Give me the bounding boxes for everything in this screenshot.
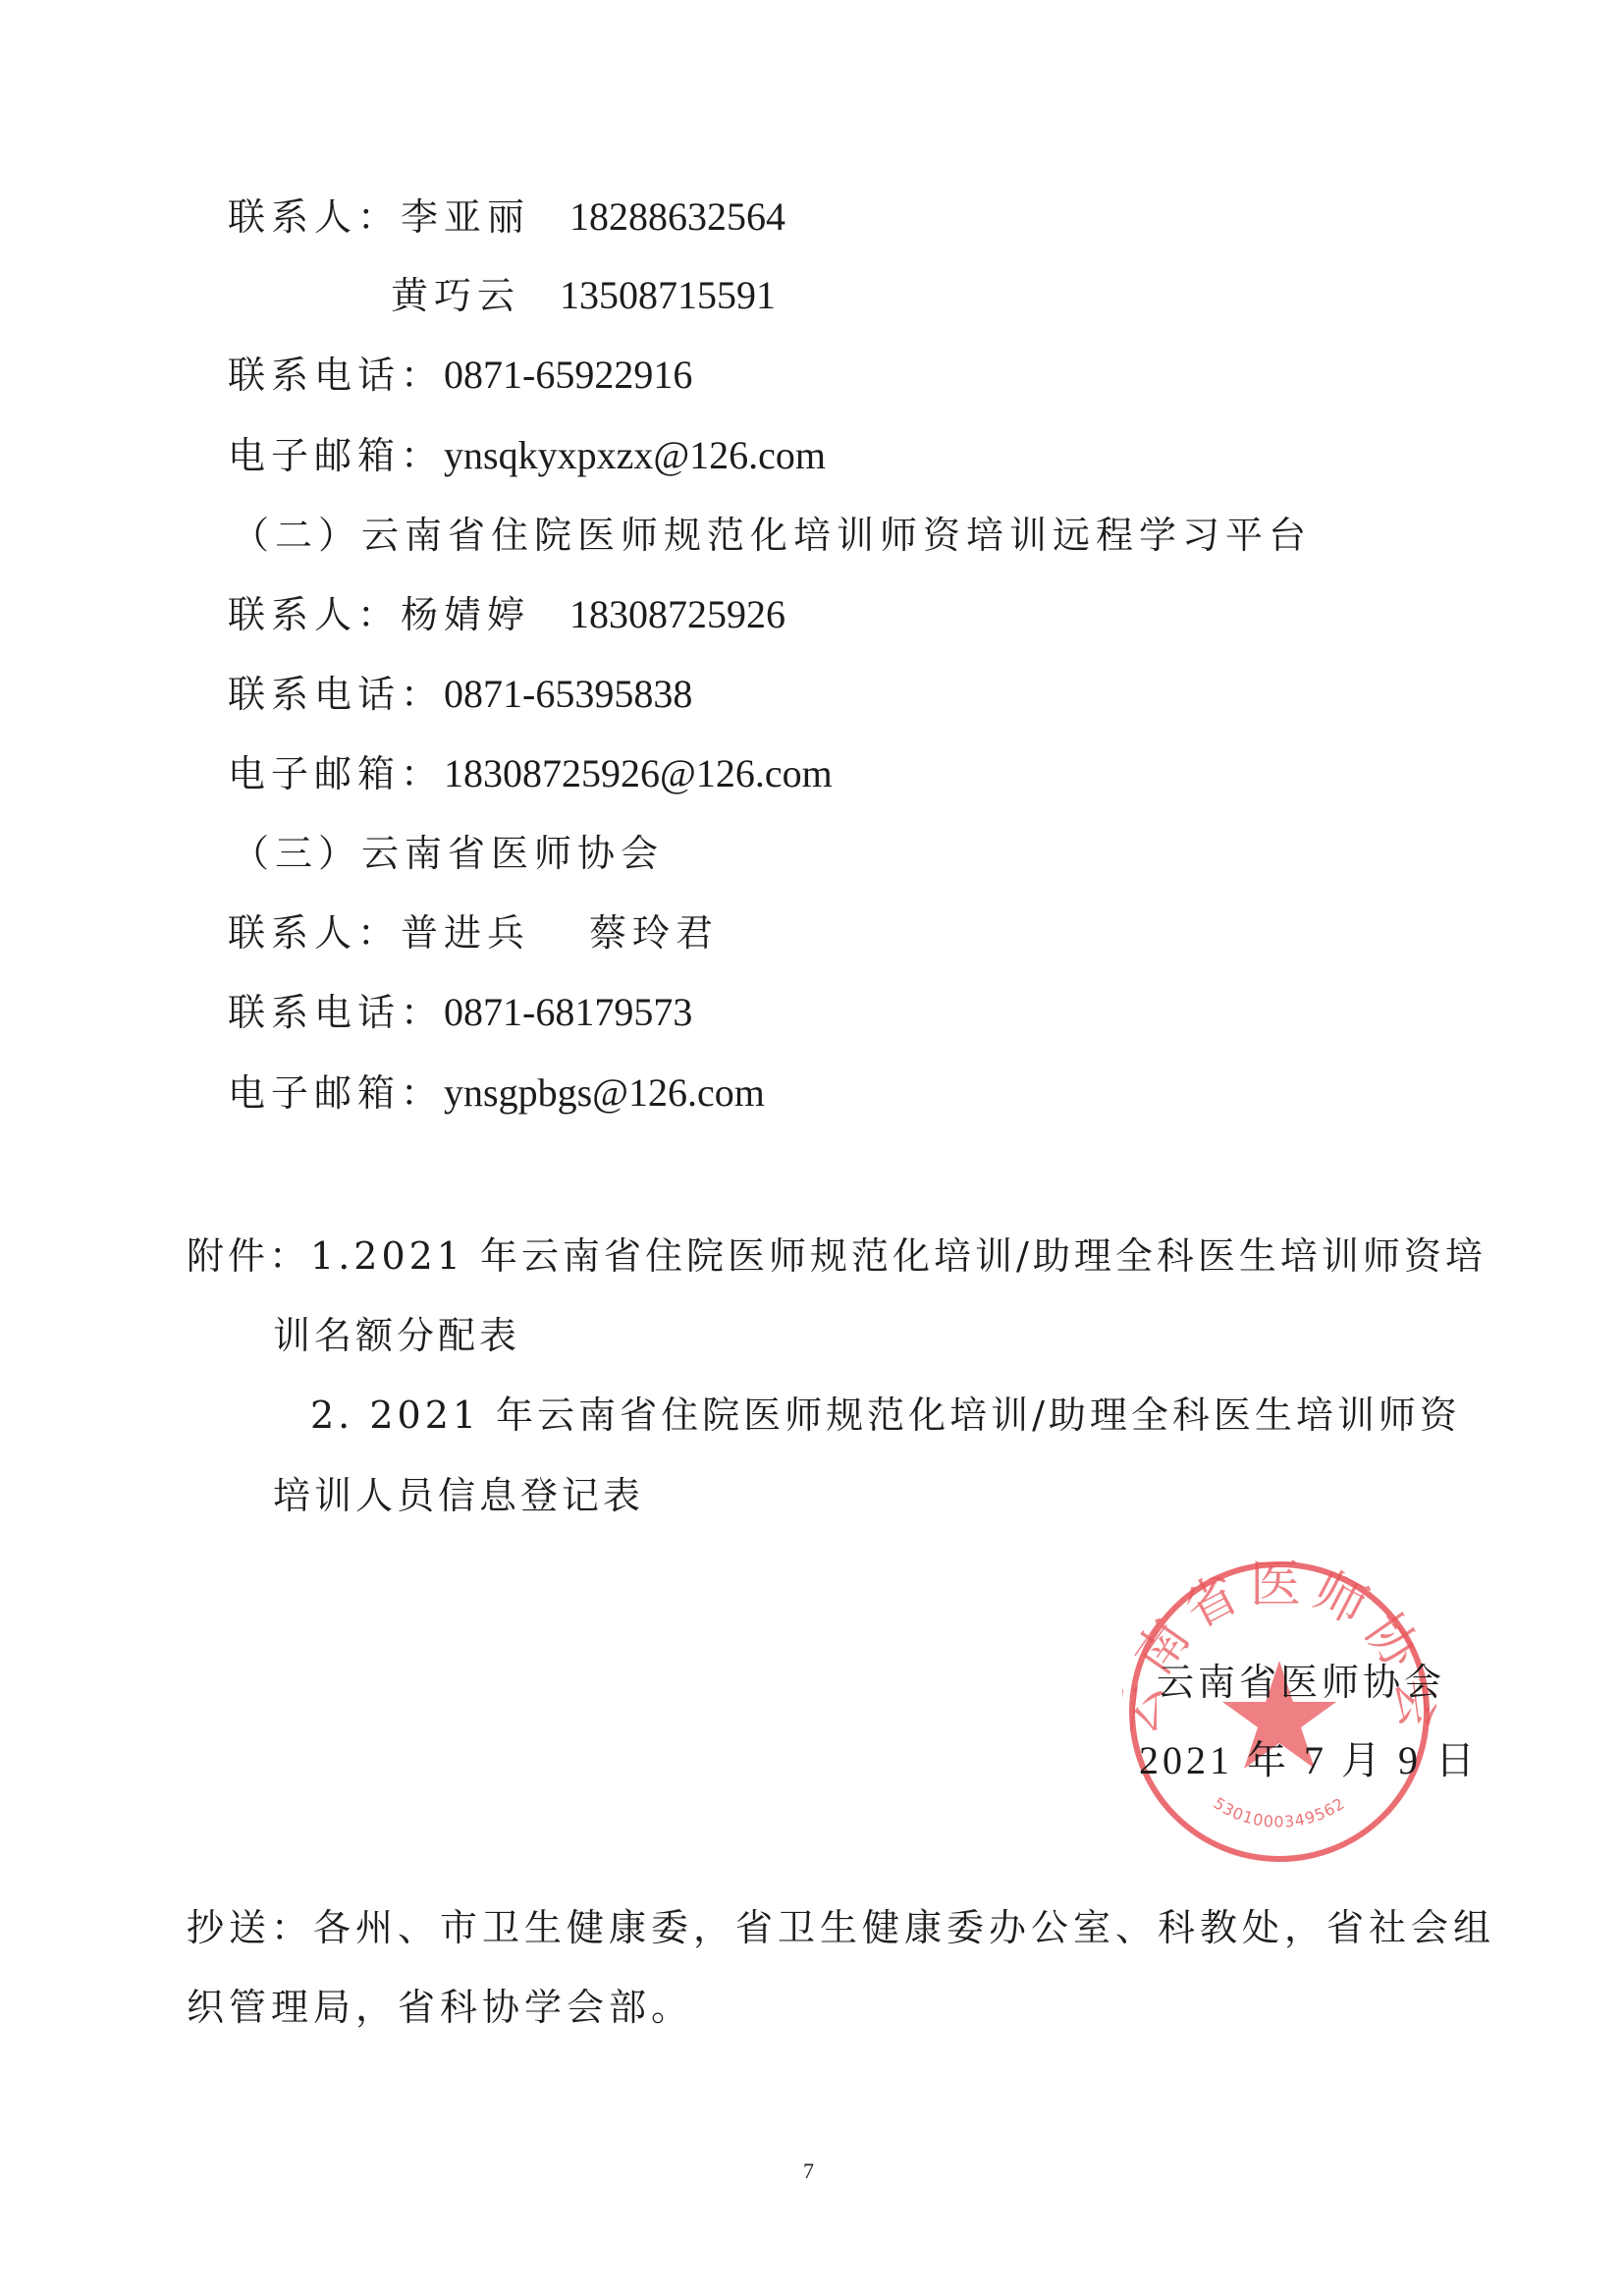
tel-value: 0871-68179573 <box>444 990 692 1034</box>
tel-label: 联系电话： <box>228 991 444 1034</box>
section3-heading: （三）云南省医师协会 <box>232 831 664 876</box>
tel-value: 0871-65395838 <box>444 672 692 716</box>
contact-phone: 18288632564 <box>569 194 785 239</box>
section3-tel-row: 联系电话：0871-68179573 <box>228 990 692 1035</box>
section3-email-row: 电子邮箱：ynsgpbgs@126.com <box>228 1070 765 1116</box>
contact-row-2: 黄巧云13508715591 <box>391 273 776 318</box>
section2-contact-row: 联系人：杨婧婷18308725926 <box>228 592 785 637</box>
attachment-label: 附件： <box>187 1234 310 1278</box>
signature-date: 2021 年 7 月 9 日 <box>1139 1738 1479 1783</box>
email-label: 电子邮箱： <box>228 434 444 477</box>
cc-line-1: 抄送：各州、市卫生健康委，省卫生健康委办公室、科教处，省社会组 <box>187 1905 1495 1950</box>
page-number: 7 <box>803 2159 814 2184</box>
attachment-1-text: 1.2021 年云南省住院医师规范化培训/助理全科医生培训师资培 <box>310 1234 1487 1278</box>
official-seal: 云南省医师协会 5301000349562 <box>1122 1555 1436 1869</box>
email-value: ynsqkyxpxzx@126.com <box>444 433 826 477</box>
contact-label: 联系人： <box>228 195 401 239</box>
contact-row-1: 联系人：李亚丽18288632564 <box>228 194 785 240</box>
email-row: 电子邮箱：ynsqkyxpxzx@126.com <box>228 433 826 478</box>
contact-label: 联系人： <box>228 593 401 636</box>
attachment-2-line-1: 2. 2021 年云南省住院医师规范化培训/助理全科医生培训师资 <box>310 1393 1461 1438</box>
section2-email-row: 电子邮箱：18308725926@126.com <box>228 751 833 796</box>
email-value: ynsgpbgs@126.com <box>444 1070 765 1115</box>
email-label: 电子邮箱： <box>228 752 444 795</box>
svg-text:5301000349562: 5301000349562 <box>1211 1793 1349 1831</box>
signature-org: 云南省医师协会 <box>1157 1660 1445 1705</box>
contact-name: 黄巧云 <box>391 274 520 317</box>
cc-line-2: 织管理局，省科协学会部。 <box>187 1985 693 2030</box>
tel-label: 联系电话： <box>228 354 444 397</box>
contact-label: 联系人： <box>228 911 401 955</box>
tel-label: 联系电话： <box>228 673 444 716</box>
attachment-1-line-2: 训名额分配表 <box>273 1313 520 1358</box>
tel-row: 联系电话：0871-65922916 <box>228 353 692 398</box>
section3-contact-row: 联系人：普进兵蔡玲君 <box>228 910 719 956</box>
email-value: 18308725926@126.com <box>444 751 833 795</box>
attachment-1-line-1: 附件：1.2021 年云南省住院医师规范化培训/助理全科医生培训师资培 <box>187 1233 1487 1279</box>
section2-heading: （二）云南省住院医师规范化培训师资培训远程学习平台 <box>232 513 1312 558</box>
tel-value: 0871-65922916 <box>444 353 692 397</box>
contact-name: 李亚丽 <box>401 195 530 239</box>
attachment-2-line-2: 培训人员信息登记表 <box>273 1473 644 1518</box>
email-label: 电子邮箱： <box>228 1071 444 1115</box>
section2-tel-row: 联系电话：0871-65395838 <box>228 672 692 717</box>
contact-phone: 18308725926 <box>569 592 785 636</box>
contact-name: 蔡玲君 <box>589 911 719 955</box>
contact-name: 普进兵 <box>401 911 530 955</box>
contact-phone: 13508715591 <box>560 273 776 317</box>
contact-name: 杨婧婷 <box>401 593 530 636</box>
